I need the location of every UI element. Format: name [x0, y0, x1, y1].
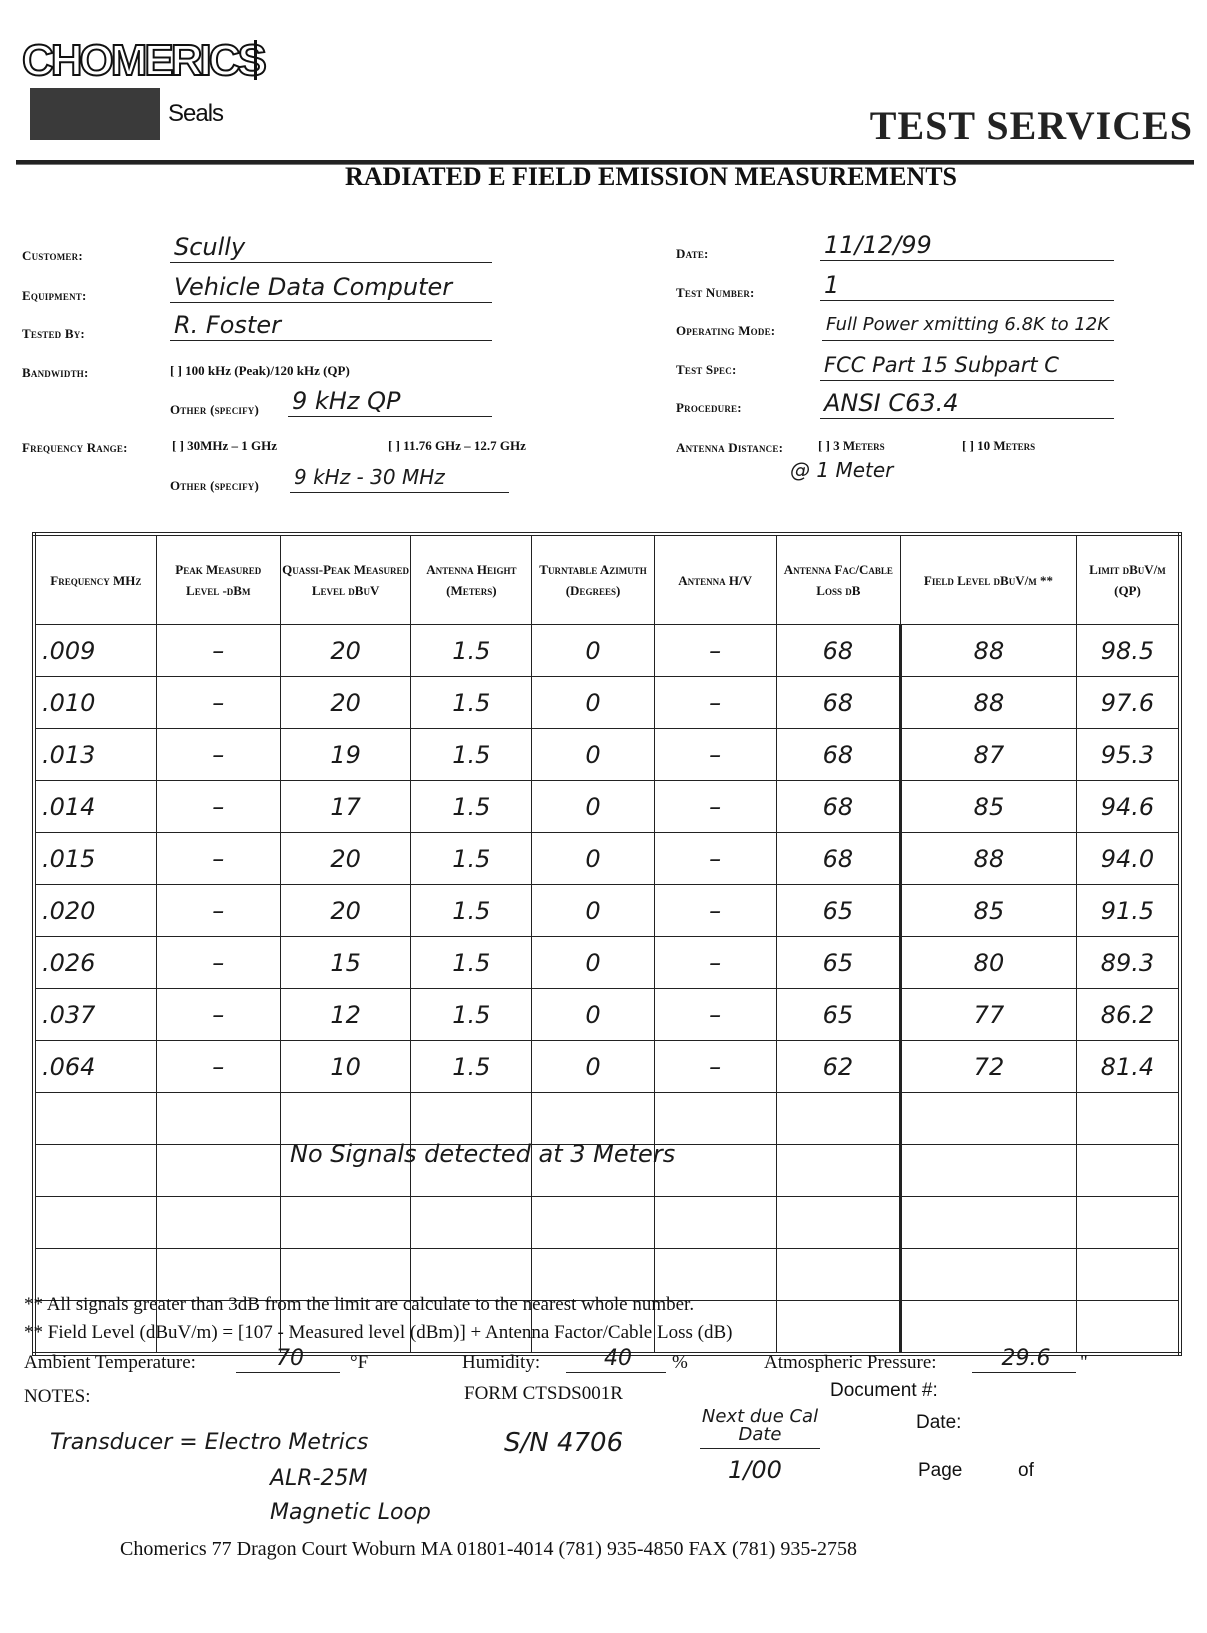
table-cell[interactable]: – — [654, 989, 776, 1041]
table-cell[interactable]: – — [156, 1041, 280, 1093]
table-cell[interactable]: 12 — [280, 989, 410, 1041]
table-cell[interactable]: – — [156, 833, 280, 885]
table-cell[interactable]: 0 — [532, 729, 654, 781]
table-cell[interactable]: 68 — [776, 677, 900, 729]
table-cell[interactable]: 0 — [532, 1041, 654, 1093]
antenna-distance-note: @ 1 Meter — [790, 458, 893, 482]
test-number-field[interactable]: 1 — [820, 270, 1114, 301]
form-id: FORM CTSDS001R — [464, 1383, 623, 1405]
table-cell[interactable]: – — [654, 677, 776, 729]
range-other-label: Other (specify) — [170, 478, 259, 494]
table-cell[interactable]: – — [654, 1041, 776, 1093]
serial-number: S/N 4706 — [504, 1428, 623, 1458]
table-row: .015–201.50–688894.0 — [34, 833, 1180, 885]
table-cell[interactable]: 68 — [776, 833, 900, 885]
table-cell[interactable]: .010 — [34, 677, 156, 729]
seal-logo-image — [30, 88, 160, 140]
no-signals-note: No Signals detected at 3 Meters — [290, 1140, 675, 1168]
tested-by-field[interactable]: R. Foster — [170, 310, 492, 341]
table-cell[interactable] — [776, 1145, 900, 1197]
table-cell[interactable]: 1.5 — [411, 989, 532, 1041]
table-row: .009–201.50–688898.5 — [34, 625, 1180, 677]
table-cell[interactable] — [156, 1197, 280, 1249]
table-cell[interactable] — [532, 1197, 654, 1249]
column-header: Peak Measured Level -dBm — [156, 534, 280, 625]
customer-label: Customer: — [22, 248, 83, 264]
table-cell[interactable]: 1.5 — [411, 781, 532, 833]
table-cell[interactable]: 81.4 — [1076, 1041, 1180, 1093]
bandwidth-label: Bandwidth: — [22, 365, 89, 381]
table-cell[interactable]: 0 — [532, 937, 654, 989]
table-cell[interactable]: 89.3 — [1076, 937, 1180, 989]
table-cell[interactable]: 20 — [280, 677, 410, 729]
table-cell[interactable]: 80 — [900, 937, 1076, 989]
humidity-unit: % — [672, 1352, 688, 1374]
tested-by-label: Tested By: — [22, 326, 85, 342]
frequency-range-label: Frequency Range: — [22, 440, 128, 456]
table-cell[interactable] — [411, 1093, 532, 1145]
distance-10m-checkbox[interactable]: [ ] 10 Meters — [962, 438, 1035, 454]
table-cell[interactable] — [900, 1145, 1076, 1197]
table-cell[interactable]: – — [654, 885, 776, 937]
bandwidth-other-label: Other (specify) — [170, 402, 259, 418]
table-cell[interactable]: 1.5 — [411, 625, 532, 677]
table-cell[interactable] — [1076, 1145, 1180, 1197]
table-cell[interactable]: 1.5 — [411, 833, 532, 885]
table-cell[interactable]: 68 — [776, 781, 900, 833]
table-cell[interactable]: 98.5 — [1076, 625, 1180, 677]
document-number-label: Document #: — [830, 1380, 938, 1402]
operating-mode-field[interactable]: Full Power xmitting 6.8K to 12K — [822, 310, 1114, 341]
table-row: .037–121.50–657786.2 — [34, 989, 1180, 1041]
table-cell[interactable]: 65 — [776, 885, 900, 937]
cal-date-label: Next due Cal Date — [700, 1408, 820, 1449]
column-header: Antenna Height (Meters) — [411, 534, 532, 625]
table-cell[interactable]: 20 — [280, 625, 410, 677]
table-cell[interactable] — [156, 1093, 280, 1145]
table-row: .014–171.50–688594.6 — [34, 781, 1180, 833]
table-cell[interactable]: 0 — [532, 833, 654, 885]
chomerics-logo: CHOMERICS — [22, 36, 264, 86]
pressure-label: Atmospheric Pressure: — [764, 1352, 937, 1374]
company-address: Chomerics 77 Dragon Court Woburn MA 0180… — [120, 1538, 857, 1561]
table-cell[interactable]: – — [156, 781, 280, 833]
table-cell[interactable] — [34, 1249, 156, 1301]
humidity-field[interactable]: 40 — [566, 1344, 666, 1373]
table-cell[interactable]: – — [654, 937, 776, 989]
range-30mhz-checkbox[interactable]: [ ] 30MHz – 1 GHz — [172, 438, 277, 454]
table-cell[interactable]: 94.6 — [1076, 781, 1180, 833]
table-cell[interactable] — [900, 1093, 1076, 1145]
measurement-table: Frequency MHzPeak Measured Level -dBmQua… — [32, 532, 1182, 1356]
footnote-2: ** Field Level (dBuV/m) = [107 - Measure… — [24, 1322, 732, 1344]
range-other-field[interactable]: 9 kHz - 30 MHz — [290, 462, 509, 493]
operating-mode-label: Operating Mode: — [676, 323, 775, 339]
table-cell[interactable]: 72 — [900, 1041, 1076, 1093]
table-cell[interactable]: – — [156, 885, 280, 937]
table-cell[interactable]: – — [156, 937, 280, 989]
pressure-unit: " — [1080, 1352, 1088, 1374]
table-cell[interactable]: 1.5 — [411, 937, 532, 989]
humidity-label: Humidity: — [462, 1352, 540, 1374]
table-cell[interactable]: 68 — [776, 729, 900, 781]
table-cell[interactable] — [34, 1093, 156, 1145]
distance-3m-checkbox[interactable]: [ ] 3 Meters — [818, 438, 885, 454]
table-cell[interactable]: 91.5 — [1076, 885, 1180, 937]
page-of-label: of — [1018, 1460, 1034, 1482]
table-cell[interactable]: 85 — [900, 885, 1076, 937]
table-cell[interactable]: – — [654, 729, 776, 781]
table-row: .013–191.50–688795.3 — [34, 729, 1180, 781]
temperature-unit: °F — [350, 1352, 368, 1374]
table-cell[interactable] — [280, 1197, 410, 1249]
table-cell[interactable] — [411, 1197, 532, 1249]
department-title: TEST SERVICES — [870, 102, 1193, 149]
column-header: Turntable Azimuth (Degrees) — [532, 534, 654, 625]
table-cell[interactable]: .013 — [34, 729, 156, 781]
notes-model: ALR-25M — [270, 1466, 368, 1491]
table-cell[interactable]: .020 — [34, 885, 156, 937]
table-cell[interactable]: 0 — [532, 781, 654, 833]
table-cell[interactable]: – — [156, 729, 280, 781]
table-cell[interactable] — [900, 1249, 1076, 1301]
table-cell[interactable]: 1.5 — [411, 885, 532, 937]
table-cell[interactable]: – — [156, 989, 280, 1041]
table-cell[interactable]: 0 — [532, 625, 654, 677]
notes-label: NOTES: — [24, 1386, 91, 1408]
column-header: Field Level dBuV/m ** — [900, 534, 1076, 625]
date-field[interactable]: 11/12/99 — [820, 230, 1114, 261]
table-cell[interactable] — [156, 1249, 280, 1301]
table-cell[interactable]: 19 — [280, 729, 410, 781]
notes-transducer: Transducer = Electro Metrics — [50, 1430, 368, 1455]
empty-table-row — [34, 1093, 1180, 1145]
table-cell[interactable]: 17 — [280, 781, 410, 833]
temperature-field[interactable]: 70 — [236, 1344, 340, 1373]
table-cell[interactable] — [1076, 1249, 1180, 1301]
table-cell[interactable]: .037 — [34, 989, 156, 1041]
table-cell[interactable]: 15 — [280, 937, 410, 989]
table-row: .064–101.50–627281.4 — [34, 1041, 1180, 1093]
table-cell[interactable] — [156, 1145, 280, 1197]
table-cell[interactable] — [1076, 1197, 1180, 1249]
column-header: Antenna Fac/Cable Loss dB — [776, 534, 900, 625]
footnote-1: ** All signals greater than 3dB from the… — [24, 1294, 694, 1316]
table-cell[interactable]: 62 — [776, 1041, 900, 1093]
table-cell[interactable]: – — [654, 625, 776, 677]
empty-table-row — [34, 1249, 1180, 1301]
page-label: Page — [918, 1460, 962, 1482]
form-title: RADIATED E FIELD EMISSION MEASUREMENTS — [0, 162, 1207, 192]
table-cell[interactable]: .026 — [34, 937, 156, 989]
table-cell[interactable]: 86.2 — [1076, 989, 1180, 1041]
table-cell[interactable] — [654, 1249, 776, 1301]
sub-brand: Seals — [168, 100, 223, 128]
table-cell[interactable]: 87 — [900, 729, 1076, 781]
pressure-field[interactable]: 29.6 — [972, 1344, 1076, 1373]
table-cell[interactable]: 85 — [900, 781, 1076, 833]
table-cell[interactable]: 0 — [532, 989, 654, 1041]
table-cell[interactable]: 0 — [532, 677, 654, 729]
table-header-row: Frequency MHzPeak Measured Level -dBmQua… — [34, 534, 1180, 625]
table-cell[interactable]: 88 — [900, 677, 1076, 729]
temperature-label: Ambient Temperature: — [24, 1352, 196, 1374]
bandwidth-other-field[interactable]: 9 kHz QP — [288, 386, 492, 417]
column-header: Quassi-Peak Measured Level dBuV — [280, 534, 410, 625]
table-cell[interactable]: 10 — [280, 1041, 410, 1093]
table-cell[interactable] — [776, 1093, 900, 1145]
table-cell[interactable] — [280, 1093, 410, 1145]
column-header: Frequency MHz — [34, 534, 156, 625]
table-cell[interactable]: .015 — [34, 833, 156, 885]
table-cell[interactable] — [280, 1249, 410, 1301]
table-cell[interactable]: 65 — [776, 937, 900, 989]
table-cell[interactable]: 95.3 — [1076, 729, 1180, 781]
column-header: Antenna H/V — [654, 534, 776, 625]
procedure-label: Procedure: — [676, 400, 742, 416]
equipment-label: Equipment: — [22, 288, 87, 304]
table-cell[interactable]: – — [654, 833, 776, 885]
table-cell[interactable]: – — [654, 781, 776, 833]
table-cell[interactable]: 97.6 — [1076, 677, 1180, 729]
antenna-distance-label: Antenna Distance: — [676, 440, 783, 456]
table-cell[interactable]: .009 — [34, 625, 156, 677]
table-row: .020–201.50–658591.5 — [34, 885, 1180, 937]
table-cell[interactable] — [776, 1197, 900, 1249]
table-cell[interactable]: 68 — [776, 625, 900, 677]
bandwidth-option-checkbox[interactable]: [ ] 100 kHz (Peak)/120 kHz (QP) — [170, 363, 350, 379]
test-number-label: Test Number: — [676, 285, 755, 301]
table-cell[interactable] — [1076, 1301, 1180, 1355]
logo-mark-icon — [254, 40, 283, 80]
table-cell[interactable] — [776, 1301, 900, 1355]
table-cell[interactable]: 20 — [280, 885, 410, 937]
table-cell[interactable] — [34, 1145, 156, 1197]
table-cell[interactable] — [532, 1093, 654, 1145]
table-cell[interactable]: 88 — [900, 625, 1076, 677]
document-date-label: Date: — [916, 1412, 961, 1434]
table-cell[interactable] — [900, 1197, 1076, 1249]
table-cell[interactable]: 88 — [900, 833, 1076, 885]
table-cell[interactable]: 65 — [776, 989, 900, 1041]
table-cell[interactable] — [654, 1197, 776, 1249]
procedure-field[interactable]: ANSI C63.4 — [820, 388, 1114, 419]
table-row: .010–201.50–688897.6 — [34, 677, 1180, 729]
table-row: .026–151.50–658089.3 — [34, 937, 1180, 989]
table-cell[interactable]: – — [156, 677, 280, 729]
date-label: Date: — [676, 246, 709, 262]
table-cell[interactable]: 1.5 — [411, 677, 532, 729]
table-cell[interactable] — [532, 1249, 654, 1301]
table-cell[interactable] — [411, 1249, 532, 1301]
table-cell[interactable]: 94.0 — [1076, 833, 1180, 885]
range-11ghz-checkbox[interactable]: [ ] 11.76 GHz – 12.7 GHz — [388, 438, 526, 454]
empty-table-row — [34, 1197, 1180, 1249]
table-cell[interactable]: .014 — [34, 781, 156, 833]
notes-loop: Magnetic Loop — [270, 1500, 431, 1525]
cal-date-value: 1/00 — [728, 1456, 782, 1484]
table-cell[interactable]: 77 — [900, 989, 1076, 1041]
test-spec-label: Test Spec: — [676, 362, 737, 378]
table-cell[interactable] — [34, 1197, 156, 1249]
equipment-field[interactable]: Vehicle Data Computer — [170, 272, 492, 303]
table-cell[interactable]: 20 — [280, 833, 410, 885]
table-cell[interactable]: 1.5 — [411, 1041, 532, 1093]
table-cell[interactable] — [776, 1249, 900, 1301]
column-header: Limit dBuV/m (QP) — [1076, 534, 1180, 625]
table-cell[interactable]: 1.5 — [411, 729, 532, 781]
table-cell[interactable] — [654, 1093, 776, 1145]
table-cell[interactable]: – — [156, 625, 280, 677]
customer-field[interactable]: Scully — [170, 232, 492, 263]
table-cell[interactable]: 0 — [532, 885, 654, 937]
table-cell[interactable] — [1076, 1093, 1180, 1145]
table-cell[interactable]: .064 — [34, 1041, 156, 1093]
test-spec-field[interactable]: FCC Part 15 Subpart C — [820, 350, 1114, 381]
